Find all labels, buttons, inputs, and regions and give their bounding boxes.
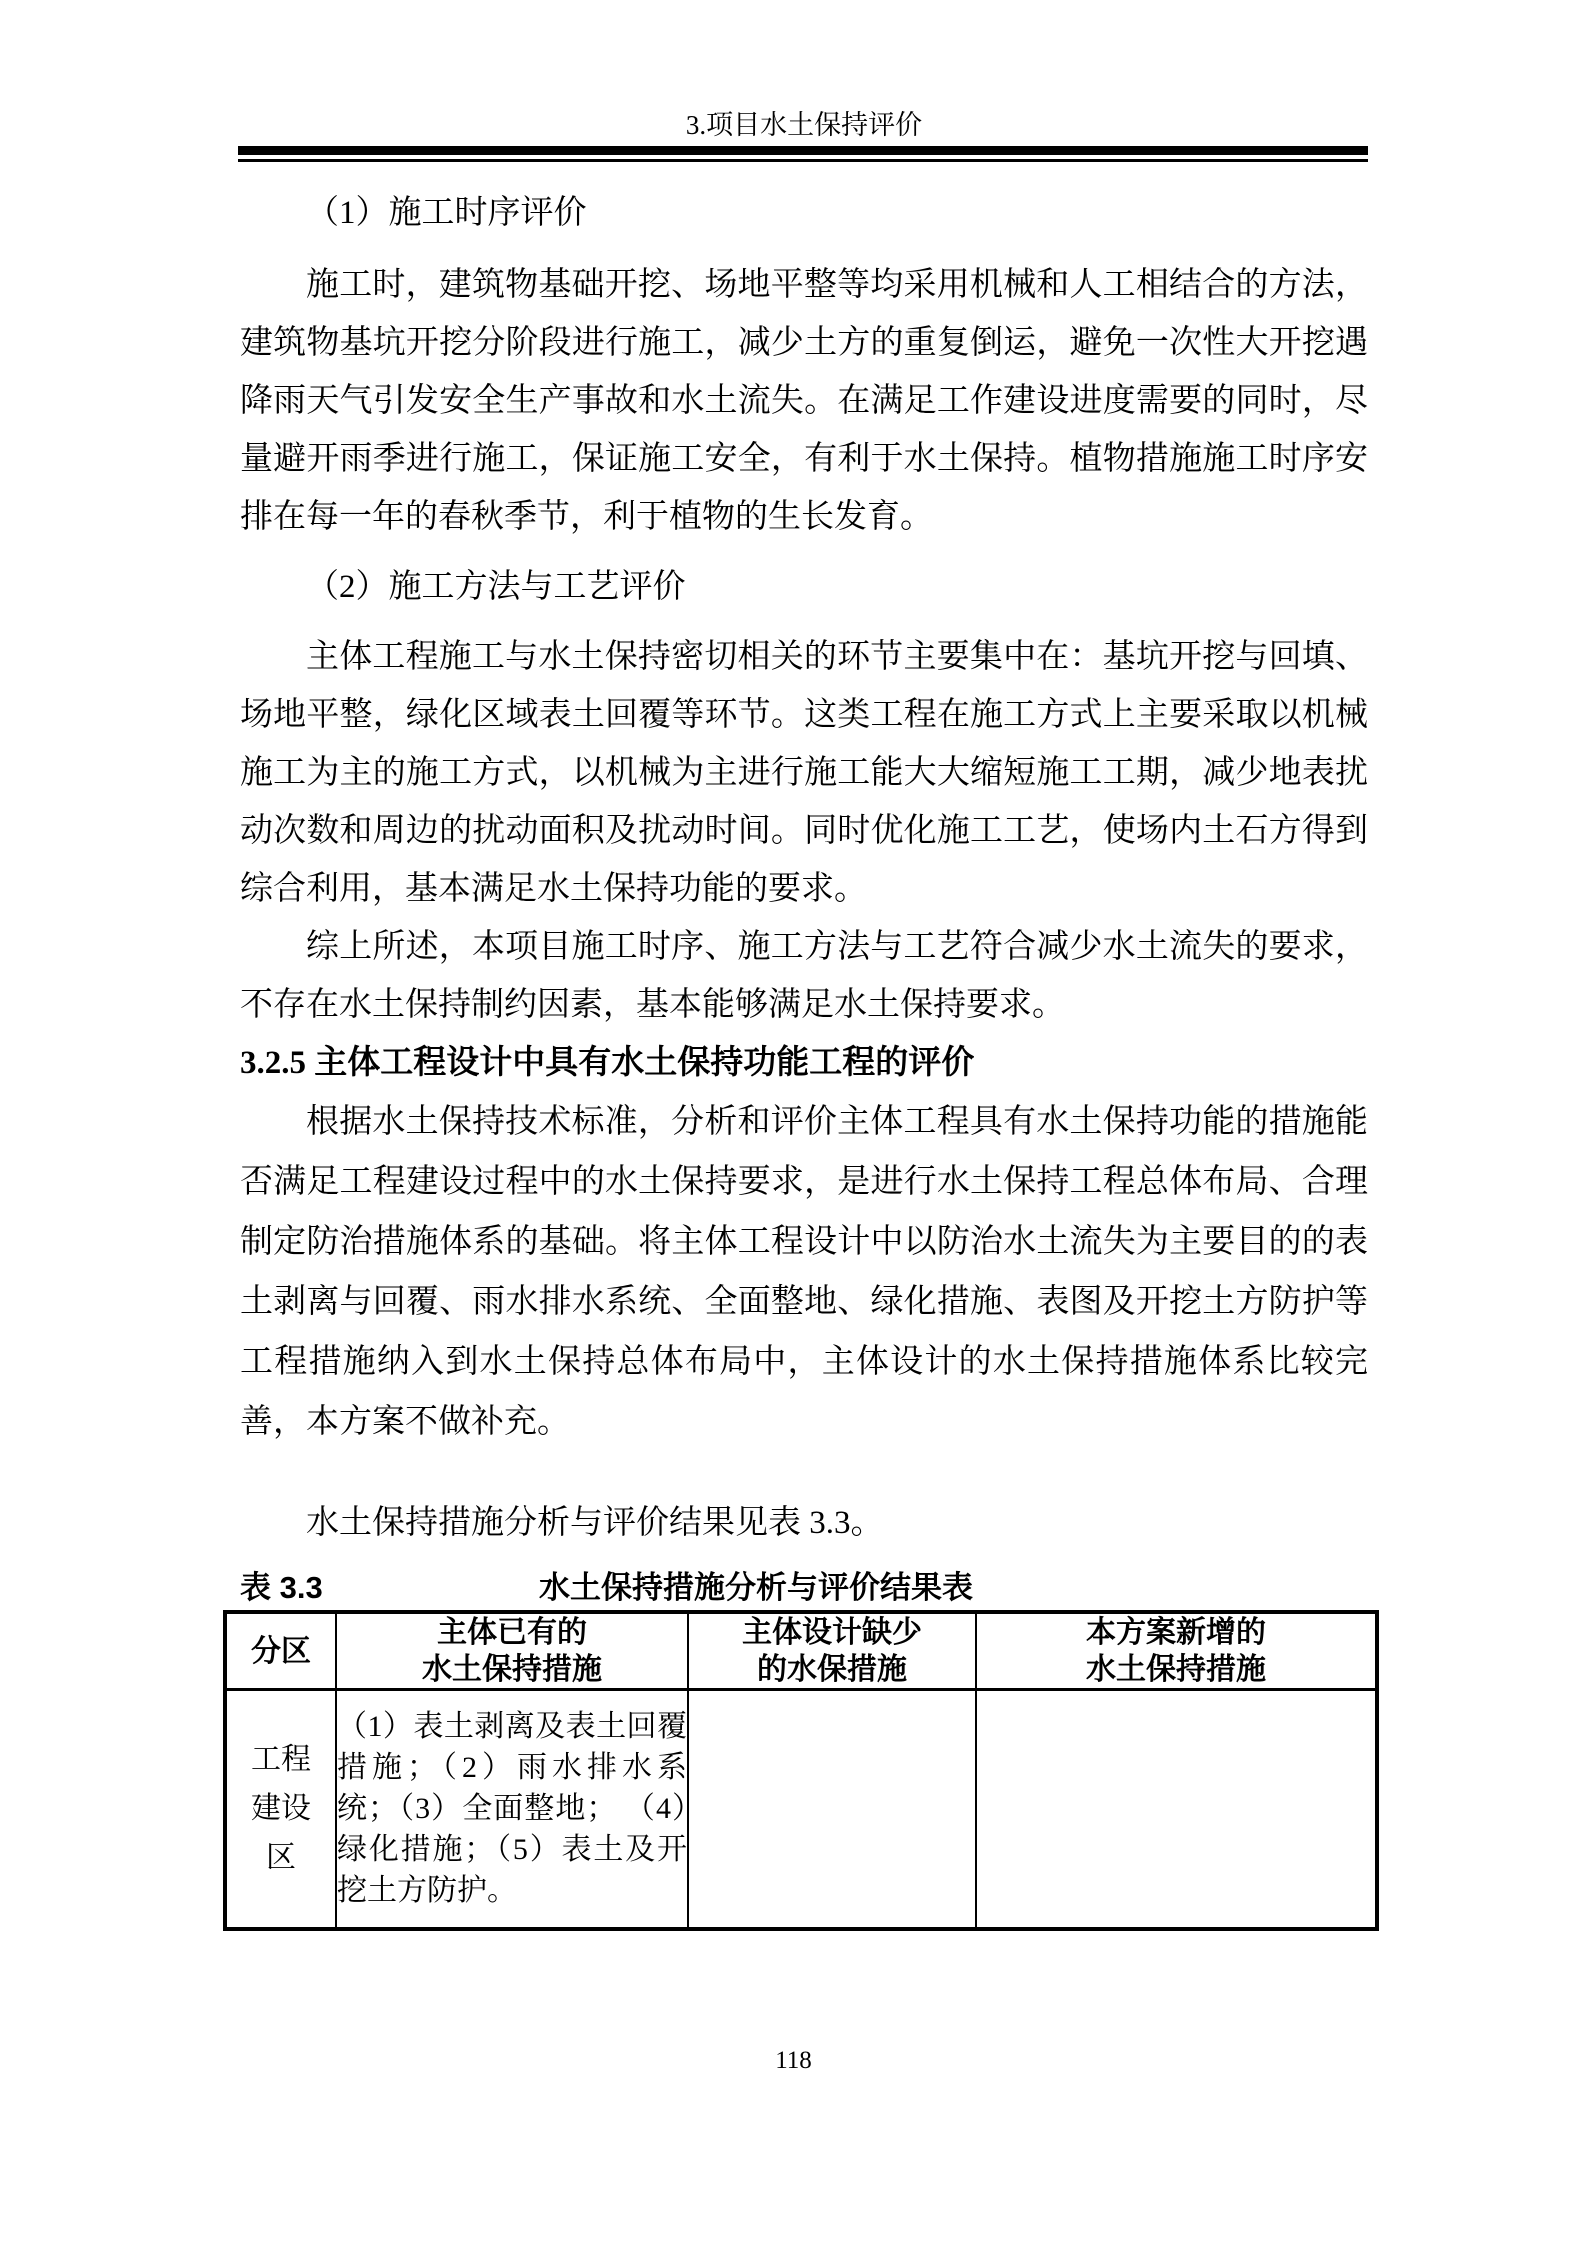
paragraph-table-reference: 水土保持措施分析与评价结果见表 3.3。 xyxy=(240,1494,1368,1552)
table-caption-number: 表 3.3 xyxy=(240,1566,323,1610)
subheading-construction-method: （2）施工方法与工艺评价 xyxy=(240,558,1368,616)
document-page: 3.项目水土保持评价 （1）施工时序评价 施工时，建筑物基础开挖、场地平整等均采… xyxy=(0,0,1587,2245)
subheading-construction-sequence: （1）施工时序评价 xyxy=(240,184,1368,242)
measures-evaluation-table: 分区 主体已有的 水土保持措施 主体设计缺少 的水保措施 本方案新增的 水土保持… xyxy=(223,1610,1379,1931)
cell-added-measures xyxy=(976,1690,1377,1929)
table-caption: 表 3.3 水土保持措施分析与评价结果表 xyxy=(240,1566,1368,1610)
cell-existing-measures: （1）表土剥离及表土回覆措施；（2）雨水排水系统；（3）全面整地； （4）绿化措… xyxy=(336,1690,688,1929)
column-header-zone: 分区 xyxy=(225,1612,336,1690)
table-row: 工程 建设 区 （1）表土剥离及表土回覆措施；（2）雨水排水系统；（3）全面整地… xyxy=(225,1690,1377,1929)
cell-missing-measures xyxy=(688,1690,976,1929)
paragraph-construction-sequence: 施工时，建筑物基础开挖、场地平整等均采用机械和人工相结合的方法，建筑物基坑开挖分… xyxy=(240,256,1368,546)
paragraph-construction-method: 主体工程施工与水土保持密切相关的环节主要集中在：基坑开挖与回填、场地平整，绿化区… xyxy=(240,628,1368,918)
column-header-existing-measures: 主体已有的 水土保持措施 xyxy=(336,1612,688,1690)
header-divider-rule xyxy=(238,146,1368,162)
document-body: （1）施工时序评价 施工时，建筑物基础开挖、场地平整等均采用机械和人工相结合的方… xyxy=(240,184,1368,1931)
page-number: 118 xyxy=(0,2046,1587,2076)
paragraph-design-evaluation: 根据水土保持技术标准，分析和评价主体工程具有水土保持功能的措施能否满足工程建设过… xyxy=(240,1092,1368,1452)
table-caption-title: 水土保持措施分析与评价结果表 xyxy=(240,1566,1368,1610)
cell-zone-name: 工程 建设 区 xyxy=(225,1690,336,1929)
column-header-added-measures: 本方案新增的 水土保持措施 xyxy=(976,1612,1377,1690)
table-header-row: 分区 主体已有的 水土保持措施 主体设计缺少 的水保措施 本方案新增的 水土保持… xyxy=(225,1612,1377,1690)
running-header-title: 3.项目水土保持评价 xyxy=(240,108,1368,142)
column-header-missing-measures: 主体设计缺少 的水保措施 xyxy=(688,1612,976,1690)
paragraph-summary: 综上所述，本项目施工时序、施工方法与工艺符合减少水土流失的要求，不存在水土保持制… xyxy=(240,918,1368,1034)
section-heading-3-2-5: 3.2.5 主体工程设计中具有水土保持功能工程的评价 xyxy=(240,1034,1368,1092)
